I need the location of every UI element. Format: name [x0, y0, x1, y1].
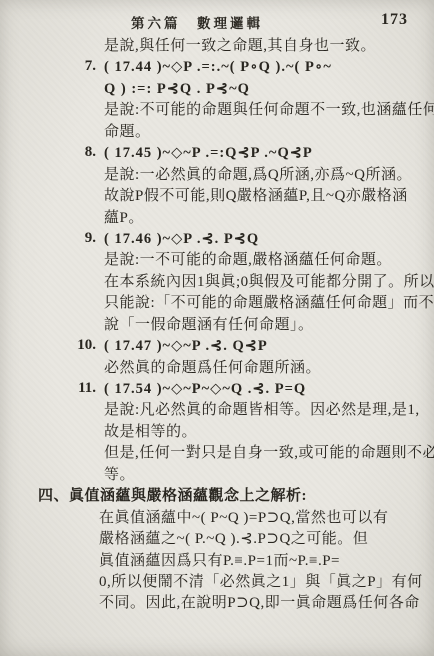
section-heading-text: 四、眞值涵蘊與嚴格涵蘊觀念上之解析:	[38, 488, 307, 504]
text-line: 故是相等的。	[0, 421, 434, 442]
text-line: 嚴格涵蘊之~( P.~Q ).⊰.P⊃Q之可能。但	[0, 528, 434, 549]
text-line-content: 0,所以便鬧不清「必然眞之1」與「眞之P」有何	[99, 574, 423, 590]
text-line: 是說:不可能的命題與任何命題不一致,也涵蘊任何	[0, 99, 434, 120]
numbered-item-7: 7.( 17.44 )~◇P .=:.~( P∘Q ).~( P∘~	[0, 56, 434, 77]
text-line: 必然眞的命題爲任何命題所涵。	[0, 357, 434, 378]
text-line-content: 等。	[104, 467, 135, 483]
text-line-content: 在本系統內因1與眞;0與假及可能都分開了。所以	[104, 274, 434, 290]
item-number: 7.	[54, 56, 96, 77]
chapter-title: 第六篇 數理邏輯	[0, 12, 394, 32]
text-line-content: 故說P假不可能,則Q嚴格涵蘊P,且~Q亦嚴格涵	[104, 188, 408, 204]
text-line-content: 不同。因此,在說明P⊃Q,即一眞命題爲任何各命	[99, 595, 420, 611]
page-content: 是說,與任何一致之命題,其自身也一致。 7.( 17.44 )~◇P .=:.~…	[0, 35, 434, 614]
text-line-content: 是說:凡必然眞的命題皆相等。因必然是理,是1,	[104, 402, 420, 418]
text-line-content: 但是,任何一對只是自身一致,或可能的命題則不必相	[104, 445, 434, 461]
text-line-content: 故是相等的。	[104, 424, 197, 440]
numbered-item-11: 11.( 17.54 )~◇~P~◇~Q .⊰. P=Q	[0, 378, 434, 399]
formula-continuation: Q ) :=: P⊰Q . P⊰~Q	[0, 78, 434, 99]
text-line: 眞值涵蘊因爲只有P.≡.P=1而~P.≡.P=	[0, 550, 434, 571]
text-line: 是說:一必然眞的命題,爲Q所涵,亦爲~Q所涵。	[0, 164, 434, 185]
text-line: 是說:一不可能的命題,嚴格涵蘊任何命題。	[0, 249, 434, 270]
text-line: 蘊P。	[0, 207, 434, 228]
formula-17-54: ( 17.54 )~◇~P~◇~Q .⊰. P=Q	[104, 381, 306, 397]
text-line-content: 是說:一不可能的命題,嚴格涵蘊任何命題。	[104, 252, 392, 268]
text-line: 故說P假不可能,則Q嚴格涵蘊P,且~Q亦嚴格涵	[0, 185, 434, 206]
page-number: 173	[381, 11, 408, 29]
text-line-content: 在眞值涵蘊中~( P~Q )=P⊃Q,當然也可以有	[99, 510, 388, 526]
text-line-content: 是說,與任何一致之命題,其自身也一致。	[104, 38, 376, 54]
formula-17-46: ( 17.46 )~◇P .⊰. P⊰Q	[104, 231, 259, 247]
numbered-item-9: 9.( 17.46 )~◇P .⊰. P⊰Q	[0, 228, 434, 249]
text-line: 命題。	[0, 121, 434, 142]
text-line-content: 說「一假命題涵有任何命題」。	[104, 317, 314, 333]
item-number: 8.	[54, 142, 96, 163]
page-header: 第六篇 數理邏輯 173	[0, 12, 434, 34]
formula-17-44-cont: Q ) :=: P⊰Q . P⊰~Q	[104, 81, 250, 97]
item-number: 11.	[54, 378, 96, 399]
section-heading: 四、眞值涵蘊與嚴格涵蘊觀念上之解析:	[0, 485, 434, 506]
text-line: 不同。因此,在說明P⊃Q,即一眞命題爲任何各命	[0, 592, 434, 613]
text-line: 只能說:「不可能的命題嚴格涵蘊任何命題」而不能	[0, 292, 434, 313]
text-line: 0,所以便鬧不清「必然眞之1」與「眞之P」有何	[0, 571, 434, 592]
text-line-content: 眞值涵蘊因爲只有P.≡.P=1而~P.≡.P=	[99, 553, 340, 569]
formula-17-47: ( 17.47 )~◇~P .⊰. Q⊰P	[104, 338, 268, 354]
numbered-item-8: 8.( 17.45 )~◇~P .=:Q⊰P .~Q⊰P	[0, 142, 434, 163]
text-line: 說「一假命題涵有任何命題」。	[0, 314, 434, 335]
text-line-content: 必然眞的命題爲任何命題所涵。	[104, 360, 321, 376]
text-line: 是說:凡必然眞的命題皆相等。因必然是理,是1,	[0, 399, 434, 420]
formula-17-45: ( 17.45 )~◇~P .=:Q⊰P .~Q⊰P	[104, 145, 313, 161]
formula-17-44: ( 17.44 )~◇P .=:.~( P∘Q ).~( P∘~	[104, 59, 332, 75]
text-line: 在本系統內因1與眞;0與假及可能都分開了。所以	[0, 271, 434, 292]
text-line: 但是,任何一對只是自身一致,或可能的命題則不必相	[0, 442, 434, 463]
item-number: 10.	[54, 335, 96, 356]
text-line: 等。	[0, 464, 434, 485]
text-line-content: 是說:一必然眞的命題,爲Q所涵,亦爲~Q所涵。	[104, 167, 412, 183]
text-line: 在眞值涵蘊中~( P~Q )=P⊃Q,當然也可以有	[0, 507, 434, 528]
text-line-content: 是說:不可能的命題與任何命題不一致,也涵蘊任何	[104, 102, 434, 118]
text-line-content: 嚴格涵蘊之~( P.~Q ).⊰.P⊃Q之可能。但	[99, 531, 368, 547]
book-page: 第六篇 數理邏輯 173 是說,與任何一致之命題,其自身也一致。 7.( 17.…	[0, 0, 434, 656]
numbered-item-10: 10.( 17.47 )~◇~P .⊰. Q⊰P	[0, 335, 434, 356]
item-number: 9.	[54, 228, 96, 249]
text-line-content: 蘊P。	[104, 210, 144, 226]
text-line-content: 只能說:「不可能的命題嚴格涵蘊任何命題」而不能	[104, 295, 434, 311]
text-line: 是說,與任何一致之命題,其自身也一致。	[0, 35, 434, 56]
text-line-content: 命題。	[104, 124, 151, 140]
